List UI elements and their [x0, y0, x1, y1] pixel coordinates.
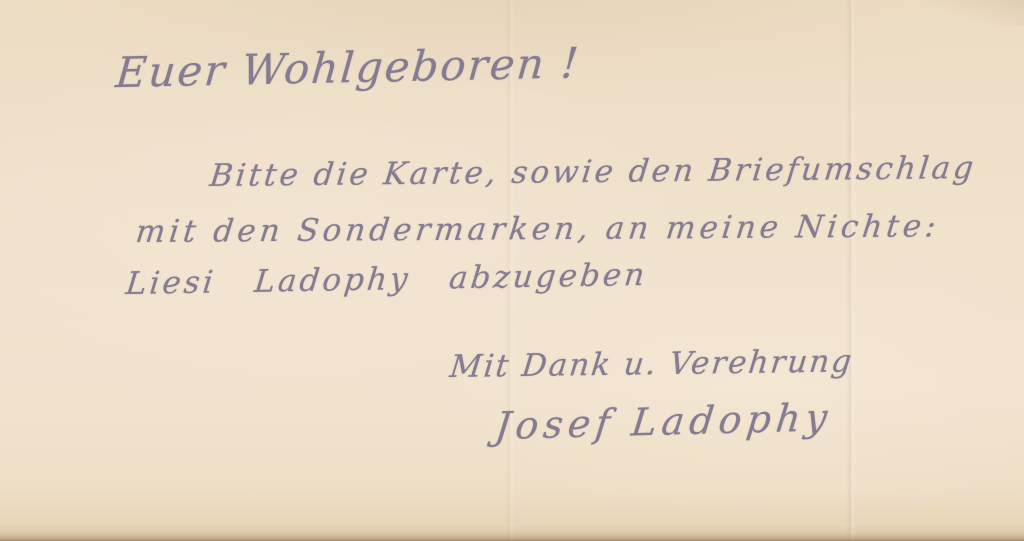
handwritten-closing: Mit Dank u. Verehrung [448, 343, 855, 385]
paper-note: Euer Wohlgeboren ! Bitte die Karte, sowi… [0, 0, 1024, 541]
handwritten-body-line-2: mit den Sondermarken, an meine Nichte: [134, 208, 942, 250]
handwritten-body-line-3: Liesi Ladophy abzugeben [124, 257, 649, 302]
handwritten-body-line-1: Bitte die Karte, sowie den Briefumschlag [208, 150, 978, 194]
handwritten-signature: Josef Ladophy [493, 395, 835, 448]
paper-corner-shade [894, 0, 1024, 26]
paper-fold-crease-right [846, 0, 856, 541]
paper-bottom-edge-shadow [0, 533, 1024, 541]
handwritten-salutation: Euer Wohlgeboren ! [114, 38, 582, 97]
